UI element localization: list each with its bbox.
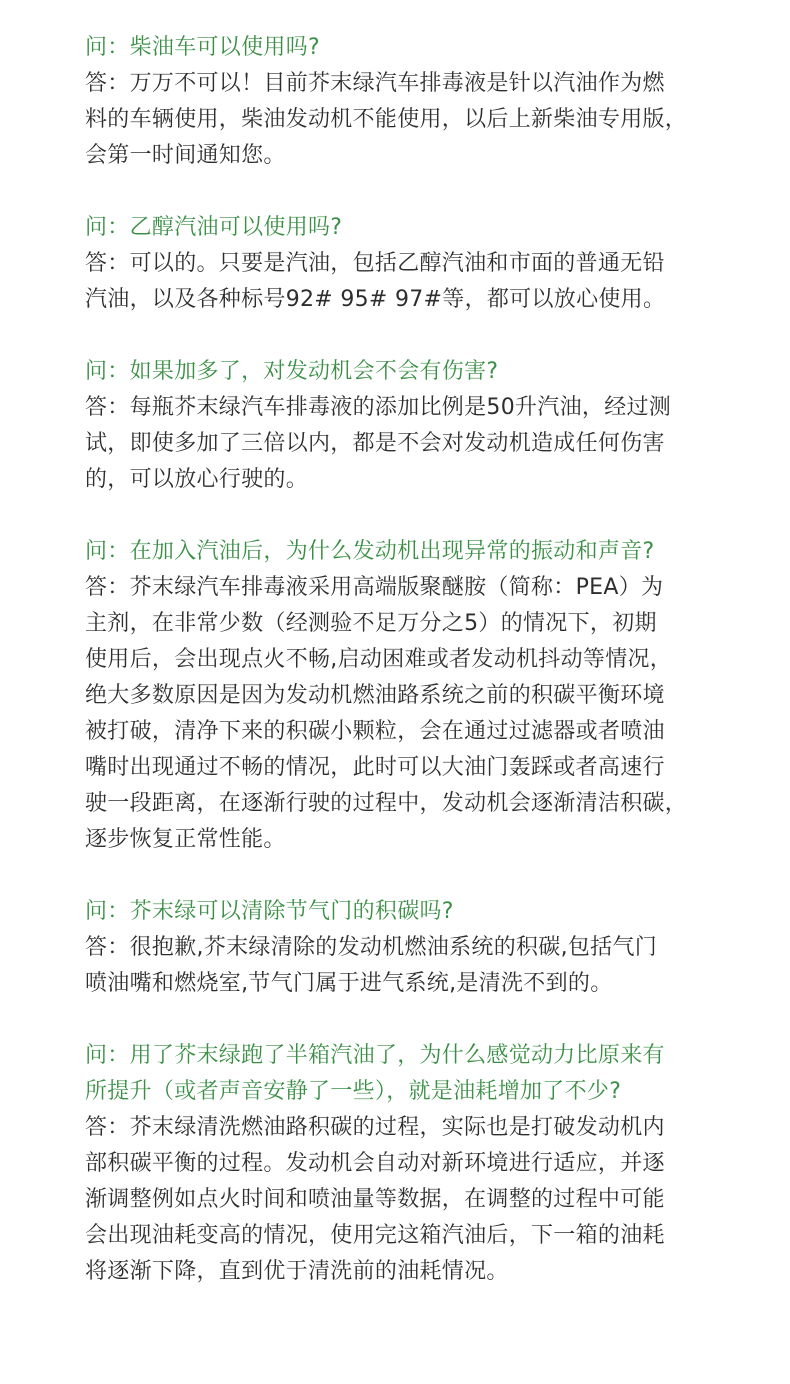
question: 问：如果加多了，对发动机会不会有伤害? — [85, 354, 745, 390]
answer-line: 的，可以放心行驶的。 — [85, 462, 745, 498]
faq-item-diesel: 问：柴油车可以使用吗? 答：万万不可以！目前芥末绿汽车排毒液是针以汽油作为燃 料… — [85, 30, 745, 174]
answer: 答：芥末绿清洗燃油路积碳的过程，实际也是打破发动机内 部积碳平衡的过程。发动机会… — [85, 1110, 745, 1290]
answer-line: 答：芥末绿清洗燃油路积碳的过程，实际也是打破发动机内 — [85, 1110, 745, 1146]
answer: 答：万万不可以！目前芥末绿汽车排毒液是针以汽油作为燃 料的车辆使用，柴油发动机不… — [85, 66, 745, 174]
answer-line: 答：很抱歉,芥末绿清除的发动机燃油系统的积碳,包括气门 — [85, 930, 745, 966]
answer-line: 驶一段距离，在逐渐行驶的过程中，发动机会逐渐清洁积碳， — [85, 786, 745, 822]
question: 问：在加入汽油后，为什么发动机出现异常的振动和声音? — [85, 534, 745, 570]
answer-line: 渐调整例如点火时间和喷油量等数据，在调整的过程中可能 — [85, 1182, 745, 1218]
answer: 答：每瓶芥末绿汽车排毒液的添加比例是50升汽油，经过测 试，即使多加了三倍以内，… — [85, 390, 745, 498]
faq-item-throttle: 问：芥末绿可以清除节气门的积碳吗? 答：很抱歉,芥末绿清除的发动机燃油系统的积碳… — [85, 894, 745, 1002]
answer: 答：很抱歉,芥末绿清除的发动机燃油系统的积碳,包括气门 喷油嘴和燃烧室,节气门属… — [85, 930, 745, 1002]
answer-line: 使用后，会出现点火不畅,启动困难或者发动机抖动等情况， — [85, 642, 745, 678]
question: 问：用了芥末绿跑了半箱汽油了，为什么感觉动力比原来有 所提升（或者声音安静了一些… — [85, 1038, 745, 1110]
answer-line: 将逐渐下降，直到优于清洗前的油耗情况。 — [85, 1254, 745, 1290]
answer-line: 绝大多数原因是因为发动机燃油路系统之前的积碳平衡环境 — [85, 678, 745, 714]
question-line: 问：乙醇汽油可以使用吗? — [85, 210, 745, 246]
question-line: 问：在加入汽油后，为什么发动机出现异常的振动和声音? — [85, 534, 745, 570]
question-line: 问：芥末绿可以清除节气门的积碳吗? — [85, 894, 745, 930]
answer-line: 答：万万不可以！目前芥末绿汽车排毒液是针以汽油作为燃 — [85, 66, 745, 102]
answer-line: 逐步恢复正常性能。 — [85, 822, 745, 858]
answer-line: 料的车辆使用，柴油发动机不能使用，以后上新柴油专用版， — [85, 102, 745, 138]
answer-line: 答：每瓶芥末绿汽车排毒液的添加比例是50升汽油，经过测 — [85, 390, 745, 426]
question: 问：柴油车可以使用吗? — [85, 30, 745, 66]
question: 问：乙醇汽油可以使用吗? — [85, 210, 745, 246]
question: 问：芥末绿可以清除节气门的积碳吗? — [85, 894, 745, 930]
answer: 答：芥末绿汽车排毒液采用高端版聚醚胺（简称：PEA）为 主剂，在非常少数（经测验… — [85, 570, 745, 858]
faq-item-fuel-consumption: 问：用了芥末绿跑了半箱汽油了，为什么感觉动力比原来有 所提升（或者声音安静了一些… — [85, 1038, 745, 1290]
faq-item-overdose: 问：如果加多了，对发动机会不会有伤害? 答：每瓶芥末绿汽车排毒液的添加比例是50… — [85, 354, 745, 498]
answer-line: 会出现油耗变高的情况，使用完这箱汽油后，下一箱的油耗 — [85, 1218, 745, 1254]
faq-item-vibration: 问：在加入汽油后，为什么发动机出现异常的振动和声音? 答：芥末绿汽车排毒液采用高… — [85, 534, 745, 858]
faq-list: 问：柴油车可以使用吗? 答：万万不可以！目前芥末绿汽车排毒液是针以汽油作为燃 料… — [85, 30, 745, 1326]
question-line: 问：如果加多了，对发动机会不会有伤害? — [85, 354, 745, 390]
question-line: 所提升（或者声音安静了一些），就是油耗增加了不少? — [85, 1074, 745, 1110]
answer: 答：可以的。只要是汽油，包括乙醇汽油和市面的普通无铅 汽油，以及各种标号92# … — [85, 246, 745, 318]
answer-line: 答：芥末绿汽车排毒液采用高端版聚醚胺（简称：PEA）为 — [85, 570, 745, 606]
answer-line: 试，即使多加了三倍以内，都是不会对发动机造成任何伤害 — [85, 426, 745, 462]
question-line: 问：柴油车可以使用吗? — [85, 30, 745, 66]
faq-item-ethanol: 问：乙醇汽油可以使用吗? 答：可以的。只要是汽油，包括乙醇汽油和市面的普通无铅 … — [85, 210, 745, 318]
answer-line: 嘴时出现通过不畅的情况，此时可以大油门轰踩或者高速行 — [85, 750, 745, 786]
answer-line: 喷油嘴和燃烧室,节气门属于进气系统,是清洗不到的。 — [85, 966, 745, 1002]
answer-line: 被打破，清净下来的积碳小颗粒，会在通过过滤器或者喷油 — [85, 714, 745, 750]
answer-line: 答：可以的。只要是汽油，包括乙醇汽油和市面的普通无铅 — [85, 246, 745, 282]
answer-line: 主剂，在非常少数（经测验不足万分之5）的情况下，初期 — [85, 606, 745, 642]
answer-line: 汽油，以及各种标号92# 95# 97#等，都可以放心使用。 — [85, 282, 745, 318]
answer-line: 会第一时间通知您。 — [85, 138, 745, 174]
question-line: 问：用了芥末绿跑了半箱汽油了，为什么感觉动力比原来有 — [85, 1038, 745, 1074]
answer-line: 部积碳平衡的过程。发动机会自动对新环境进行适应，并逐 — [85, 1146, 745, 1182]
